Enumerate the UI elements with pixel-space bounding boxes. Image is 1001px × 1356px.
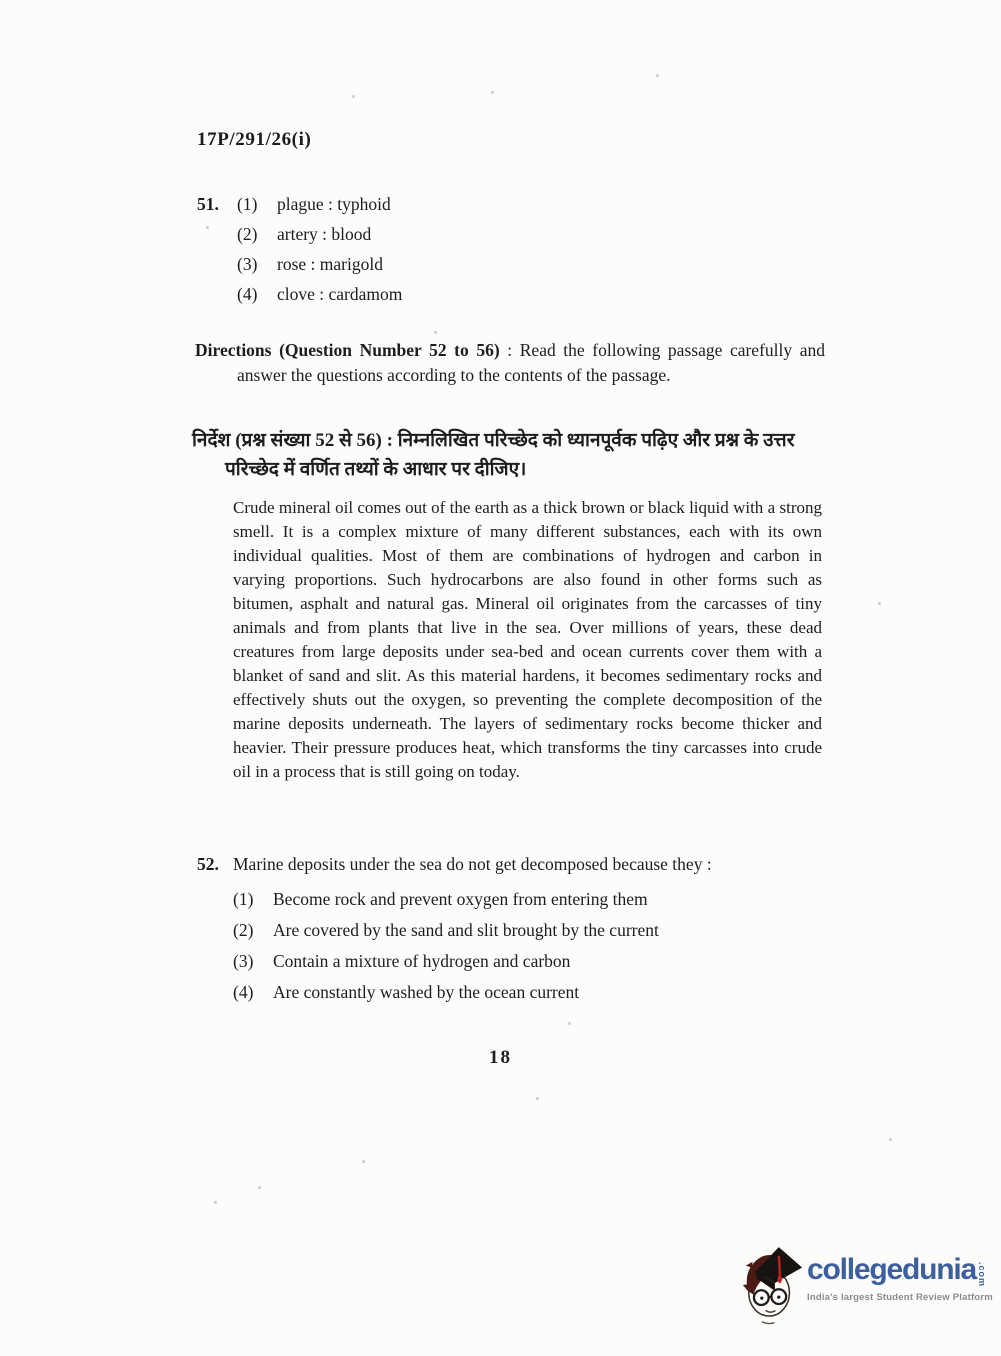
question-51: 51. (1) plague : typhoid (2) artery : bl… [197, 193, 857, 313]
question-52: 52. Marine deposits under the sea do not… [197, 854, 857, 1012]
option-row: (4) clove : cardamom [237, 283, 402, 305]
scan-speck [352, 95, 355, 98]
brand-name: collegedunia [807, 1255, 976, 1285]
option-row: (1) plague : typhoid [237, 193, 402, 215]
scan-speck [889, 1138, 892, 1141]
option-text: artery : blood [277, 223, 402, 245]
scanned-exam-page: 17P/291/26(i) 51. (1) plague : typhoid (… [0, 0, 1001, 1356]
scan-speck [258, 1186, 261, 1189]
paper-code: 17P/291/26(i) [197, 129, 311, 151]
scan-speck [878, 602, 881, 605]
option-marker: (2) [237, 223, 277, 245]
directions-english-lead: Directions (Question Number 52 to 56) [195, 340, 500, 360]
brand-tld: .com [977, 1262, 987, 1287]
scan-speck [206, 226, 209, 229]
option-text: Become rock and prevent oxygen from ente… [273, 888, 857, 910]
option-row: (4) Are constantly washed by the ocean c… [233, 981, 857, 1003]
option-marker: (3) [237, 253, 277, 275]
brand-tagline: India's largest Student Review Platform [807, 1292, 993, 1303]
question-52-text: Marine deposits under the sea do not get… [233, 854, 712, 875]
scan-speck [568, 1022, 571, 1025]
option-marker: (4) [237, 283, 277, 305]
question-51-number: 51. [197, 194, 237, 215]
option-row: (3) rose : marigold [237, 253, 402, 275]
collegedunia-logo: collegedunia .com India's largest Studen… [740, 1243, 993, 1327]
directions-hindi: निर्देश (प्रश्न संख्या 52 से 56) : निम्न… [192, 426, 826, 484]
question-52-number: 52. [197, 854, 233, 875]
scan-speck [434, 331, 437, 334]
directions-english-separator: : [500, 340, 520, 360]
option-text: Are covered by the sand and slit brought… [273, 919, 857, 941]
page-number: 18 [0, 1047, 1001, 1069]
scan-speck [656, 74, 659, 77]
option-marker: (1) [237, 193, 277, 215]
reading-passage: Crude mineral oil comes out of the earth… [233, 496, 822, 784]
question-51-options: (1) plague : typhoid (2) artery : blood … [237, 193, 402, 313]
scan-speck [362, 1160, 365, 1163]
option-text: clove : cardamom [277, 283, 402, 305]
option-marker: (2) [233, 919, 273, 941]
option-marker: (1) [233, 888, 273, 910]
option-row: (1) Become rock and prevent oxygen from … [233, 888, 857, 910]
directions-hindi-separator: : [382, 430, 398, 451]
option-marker: (4) [233, 981, 273, 1003]
option-row: (2) Are covered by the sand and slit bro… [233, 919, 857, 941]
option-marker: (3) [233, 950, 273, 972]
directions-hindi-lead: निर्देश (प्रश्न संख्या 52 से 56) [192, 430, 382, 451]
scan-speck [214, 1201, 217, 1204]
scan-speck [491, 91, 494, 94]
option-text: plague : typhoid [277, 193, 402, 215]
option-row: (3) Contain a mixture of hydrogen and ca… [233, 950, 857, 972]
scan-speck [536, 1097, 539, 1100]
option-text: Are constantly washed by the ocean curre… [273, 981, 857, 1003]
logo-text-block: collegedunia .com India's largest Studen… [807, 1243, 993, 1303]
directions-english: Directions (Question Number 52 to 56) : … [195, 338, 825, 387]
option-text: rose : marigold [277, 253, 402, 275]
question-52-options: (1) Become rock and prevent oxygen from … [197, 888, 857, 1003]
option-row: (2) artery : blood [237, 223, 402, 245]
collegedunia-mascot-icon [740, 1243, 804, 1327]
option-text: Contain a mixture of hydrogen and carbon [273, 950, 857, 972]
